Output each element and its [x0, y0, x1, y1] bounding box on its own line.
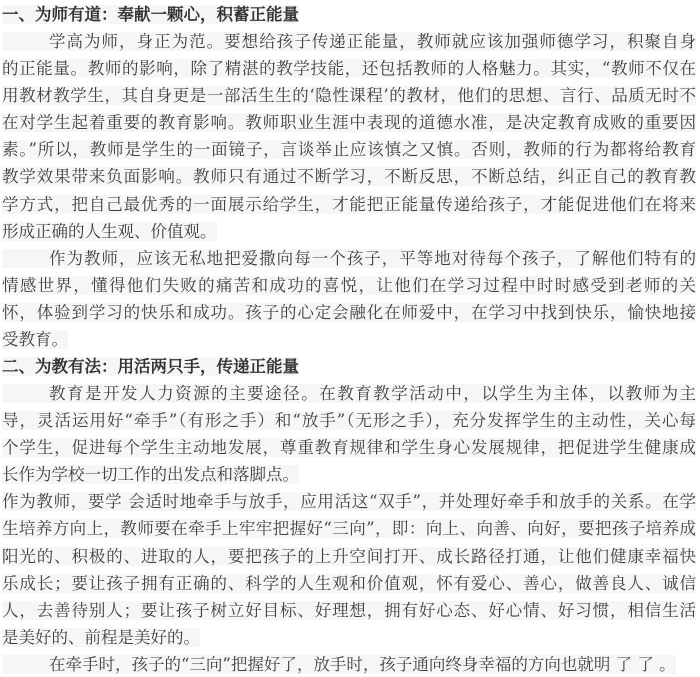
document-page: 一、为师有道：奉献一颗心，积蓄正能量学高为师，身正为范。要想给孩子传递正能量，教…: [0, 0, 700, 677]
paragraph-4: 作为教师，要学 会适时地牵手与放手，应用活这“双手”，并处理好牵手和放手的关系。…: [2, 488, 696, 650]
paragraph-1: 学高为师，身正为范。要想给孩子传递正能量，教师就应该加强师德学习，积聚自身的正能…: [2, 28, 696, 245]
text-line: 个学生，促进每个学生主动地发展，尊重教育规律和学生身心发展规律，把促进学生健康成: [2, 434, 696, 461]
paragraph-2: 作为教师，应该无私地把爱撒向每一个孩子，平等地对待每个孩子，了解他们特有的情感世…: [2, 245, 696, 353]
text-run: 教学效果带来负面影响。教师只有通过不断学习，不断反思，不断总结，纠正自己的教育教: [2, 167, 696, 186]
text-run: 人，去善待别人；要让孩子树立好目标、好理想，拥有好心态、好心情、好习惯，相信生活: [2, 601, 696, 620]
text-run: 个学生，促进每个学生主动地发展，尊重教育规律和学生身心发展规律，把促进学生健康成: [2, 438, 696, 457]
text-run: 长作为学校一切工作的出发点和落脚点。: [2, 465, 299, 484]
text-line: 的正能量。教师的影响，除了精湛的教学技能，还包括教师的人格魅力。其实，“教师不仅…: [2, 55, 696, 82]
text-run: 一、为师有道：奉献一颗心，积蓄正能量: [2, 5, 299, 24]
text-run: 素。”所以，教师是学生的一面镜子，言谈举止应该慎之又慎。否则，教师的行为都将给教…: [2, 140, 696, 159]
section-heading-2: 二、为教有法：用活两只手，传递正能量: [2, 353, 696, 380]
text-run: 是美好的、前程是美好的。: [2, 628, 200, 647]
text-line: 是美好的、前程是美好的。: [2, 624, 696, 651]
text-line: 学方式，把自己最优秀的一面展示给学生，才能把正能量传递给孩子，才能促进他们在将来: [2, 191, 696, 218]
section-heading-1: 一、为师有道：奉献一颗心，积蓄正能量: [2, 1, 696, 28]
text-run: 用教材教学生，其自身更是一部活生生的‘隐性课程’的教材，他们的思想、言行、品质无…: [2, 86, 696, 105]
text-run: 教育是开发人力资源的主要途径。在教育教学活动中，以学生为主体，以教师为主: [2, 384, 696, 403]
text-run: 学高为师，身正为范。要想给孩子传递正能量，教师就应该加强师德学习，积聚自身: [2, 32, 696, 51]
text-run: 乐成长；要让孩子拥有正确的、科学的人生观和价值观，怀有爱心、善心，做善良人、诚信: [2, 574, 696, 593]
text-run: 在牵手时，孩子的“三向”把握好了，放手时，孩子通向终身幸福的方向也就明 了 了 …: [2, 655, 676, 674]
text-line: 形成正确的人生观、价值观。: [2, 218, 696, 245]
paragraph-3: 教育是开发人力资源的主要途径。在教育教学活动中，以学生为主体，以教师为主导，灵活…: [2, 380, 696, 488]
text-line: 导，灵活运用好“牵手”（有形之手）和“放手”（无形之手），充分发挥学生的主动性，…: [2, 407, 696, 434]
text-line: 在牵手时，孩子的“三向”把握好了，放手时，孩子通向终身幸福的方向也就明 了 了 …: [2, 651, 696, 677]
text-line: 素。”所以，教师是学生的一面镜子，言谈举止应该慎之又慎。否则，教师的行为都将给教…: [2, 136, 696, 163]
text-run: 学方式，把自己最优秀的一面展示给学生，才能把正能量传递给孩子，才能促进他们在将来: [2, 195, 696, 214]
text-line: 作为教师，要学 会适时地牵手与放手，应用活这“双手”，并处理好牵手和放手的关系。…: [2, 488, 696, 515]
text-line: 生培养方向上，教师要在牵手上牢牢把握好“三向”，即：向上、向善、向好，要把孩子培…: [2, 515, 696, 542]
heading-line: 一、为师有道：奉献一颗心，积蓄正能量: [2, 1, 696, 28]
text-line: 怀，体验到学习的快乐和成功。孩子的心定会融化在师爱中，在学习中找到快乐，愉快地接: [2, 299, 696, 326]
text-run: 在对学生起着重要的教育影响。教师职业生涯中表现的道德水准，是决定教育成败的重要因: [2, 113, 696, 132]
text-line: 阳光的、积极的、进取的人，要把孩子的上升空间打开、成长路径打通，让他们健康幸福快: [2, 543, 696, 570]
text-run: 生培养方向上，教师要在牵手上牢牢把握好“三向”，即：向上、向善、向好，要把孩子培…: [2, 519, 696, 538]
text-line: 学高为师，身正为范。要想给孩子传递正能量，教师就应该加强师德学习，积聚自身: [2, 28, 696, 55]
text-run: 阳光的、积极的、进取的人，要把孩子的上升空间打开、成长路径打通，让他们健康幸福快: [2, 547, 696, 566]
text-line: 在对学生起着重要的教育影响。教师职业生涯中表现的道德水准，是决定教育成败的重要因: [2, 109, 696, 136]
text-line: 乐成长；要让孩子拥有正确的、科学的人生观和价值观，怀有爱心、善心，做善良人、诚信: [2, 570, 696, 597]
text-run: 导，灵活运用好“牵手”（有形之手）和“放手”（无形之手），充分发挥学生的主动性，…: [2, 411, 696, 430]
text-run: 怀，体验到学习的快乐和成功。孩子的心定会融化在师爱中，在学习中找到快乐，愉快地接: [2, 303, 696, 322]
text-run: 受教育。: [2, 330, 68, 349]
text-line: 人，去善待别人；要让孩子树立好目标、好理想，拥有好心态、好心情、好习惯，相信生活: [2, 597, 696, 624]
text-run: 作为教师，要学 会适时地牵手与放手，应用活这“双手”，并处理好牵手和放手的关系。…: [2, 492, 696, 511]
paragraph-5: 在牵手时，孩子的“三向”把握好了，放手时，孩子通向终身幸福的方向也就明 了 了 …: [2, 651, 696, 677]
text-run: 情感世界，懂得他们失败的痛苦和成功的喜悦，让他们在学习过程中时时感受到老师的关: [2, 276, 696, 295]
text-line: 教学效果带来负面影响。教师只有通过不断学习，不断反思，不断总结，纠正自己的教育教: [2, 163, 696, 190]
text-line: 情感世界，懂得他们失败的痛苦和成功的喜悦，让他们在学习过程中时时感受到老师的关: [2, 272, 696, 299]
text-line: 用教材教学生，其自身更是一部活生生的‘隐性课程’的教材，他们的思想、言行、品质无…: [2, 82, 696, 109]
text-run: 形成正确的人生观、价值观。: [2, 222, 217, 241]
text-line: 作为教师，应该无私地把爱撒向每一个孩子，平等地对待每个孩子，了解他们特有的: [2, 245, 696, 272]
heading-line: 二、为教有法：用活两只手，传递正能量: [2, 353, 696, 380]
text-line: 长作为学校一切工作的出发点和落脚点。: [2, 461, 696, 488]
text-line: 教育是开发人力资源的主要途径。在教育教学活动中，以学生为主体，以教师为主: [2, 380, 696, 407]
text-run: 的正能量。教师的影响，除了精湛的教学技能，还包括教师的人格魅力。其实，“教师不仅…: [2, 59, 696, 78]
text-run: 作为教师，应该无私地把爱撒向每一个孩子，平等地对待每个孩子，了解他们特有的: [2, 249, 696, 268]
text-run: 二、为教有法：用活两只手，传递正能量: [2, 357, 299, 376]
text-line: 受教育。: [2, 326, 696, 353]
